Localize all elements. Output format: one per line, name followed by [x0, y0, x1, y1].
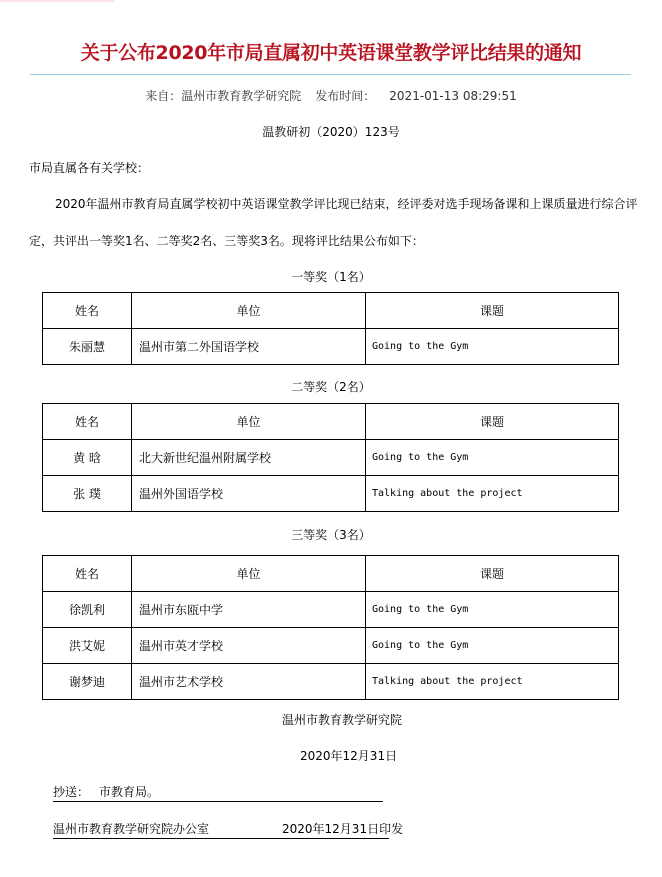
- table-row: 洪艾妮 温州市英才学校 Going to the Gym: [43, 628, 619, 664]
- winner-topic: Going to the Gym: [366, 440, 619, 476]
- second-prize-caption: 二等奖（2名）: [0, 378, 662, 395]
- title-divider: [30, 74, 631, 75]
- salutation: 市局直属各有关学校：: [29, 159, 149, 176]
- table-header-row: 姓名 单位 课题: [43, 556, 619, 592]
- column-header-topic: 课题: [366, 404, 619, 440]
- winner-unit: 北大新世纪温州附属学校: [132, 440, 366, 476]
- winner-unit: 温州市第二外国语学校: [132, 329, 366, 365]
- winner-topic: Going to the Gym: [366, 329, 619, 365]
- body-paragraph-line-1: 2020年温州市教育局直属学校初中英语课堂教学评比现已结束，经评委对选手现场备课…: [55, 195, 638, 212]
- column-header-topic: 课题: [366, 293, 619, 329]
- third-prize-caption: 三等奖（3名）: [0, 526, 662, 543]
- first-prize-table: 姓名 单位 课题 朱丽慧 温州市第二外国语学校 Going to the Gym: [42, 292, 619, 365]
- second-prize-table: 姓名 单位 课题 黄 晗 北大新世纪温州附属学校 Going to the Gy…: [42, 403, 619, 512]
- column-header-name: 姓名: [43, 404, 132, 440]
- printer-office: 温州市教育教学研究院办公室: [53, 822, 209, 836]
- winner-unit: 温州市东瓯中学: [132, 592, 366, 628]
- table-row: 黄 晗 北大新世纪温州附属学校 Going to the Gym: [43, 440, 619, 476]
- column-header-topic: 课题: [366, 556, 619, 592]
- winner-name: 黄 晗: [43, 440, 132, 476]
- winner-name: 徐凯利: [43, 592, 132, 628]
- column-header-name: 姓名: [43, 293, 132, 329]
- table-row: 朱丽慧 温州市第二外国语学校 Going to the Gym: [43, 329, 619, 365]
- third-prize-table: 姓名 单位 课题 徐凯利 温州市东瓯中学 Going to the Gym 洪艾…: [42, 555, 619, 700]
- winner-name: 洪艾妮: [43, 628, 132, 664]
- page-title: 关于公布2020年市局直属初中英语课堂教学评比结果的通知: [0, 38, 662, 65]
- column-header-unit: 单位: [132, 404, 366, 440]
- source-value: 温州市教育教学研究院: [181, 89, 301, 103]
- winner-topic: Talking about the project: [366, 664, 619, 700]
- published-label: 发布时间：: [315, 89, 375, 103]
- winner-unit: 温州市艺术学校: [132, 664, 366, 700]
- winner-name: 朱丽慧: [43, 329, 132, 365]
- winner-topic: Going to the Gym: [366, 628, 619, 664]
- published-value: 2021-01-13 08:29:51: [389, 89, 516, 103]
- winner-topic: Talking about the project: [366, 476, 619, 512]
- document-number: 温教研初（2020）123号: [0, 123, 662, 140]
- table-header-row: 姓名 单位 课题: [43, 404, 619, 440]
- source-label: 来自：: [145, 89, 181, 103]
- cc-recipient: 市教育局。: [99, 785, 159, 799]
- first-prize-caption: 一等奖（1名）: [0, 268, 662, 285]
- table-header-row: 姓名 单位 课题: [43, 293, 619, 329]
- cc-label: 抄送：: [53, 785, 89, 799]
- signature-organization: 温州市教育教学研究院: [282, 711, 402, 728]
- column-header-unit: 单位: [132, 293, 366, 329]
- winner-topic: Going to the Gym: [366, 592, 619, 628]
- top-accent-strip: [0, 0, 115, 2]
- winner-unit: 温州市英才学校: [132, 628, 366, 664]
- article-meta: 来自：温州市教育教学研究院发布时间：2021-01-13 08:29:51: [0, 87, 662, 104]
- printer-line: 温州市教育教学研究院办公室 2020年12月31日印发: [53, 820, 389, 839]
- table-row: 徐凯利 温州市东瓯中学 Going to the Gym: [43, 592, 619, 628]
- cc-line: 抄送：市教育局。: [53, 783, 383, 802]
- winner-unit: 温州外国语学校: [132, 476, 366, 512]
- body-paragraph-line-2: 定，共评出一等奖1名、二等奖2名、三等奖3名。现将评比结果公布如下：: [29, 232, 424, 249]
- signature-date: 2020年12月31日: [300, 747, 397, 764]
- printed-date: 2020年12月31日印发: [282, 820, 403, 837]
- table-row: 谢梦迪 温州市艺术学校 Talking about the project: [43, 664, 619, 700]
- column-header-name: 姓名: [43, 556, 132, 592]
- table-row: 张 璞 温州外国语学校 Talking about the project: [43, 476, 619, 512]
- winner-name: 谢梦迪: [43, 664, 132, 700]
- column-header-unit: 单位: [132, 556, 366, 592]
- winner-name: 张 璞: [43, 476, 132, 512]
